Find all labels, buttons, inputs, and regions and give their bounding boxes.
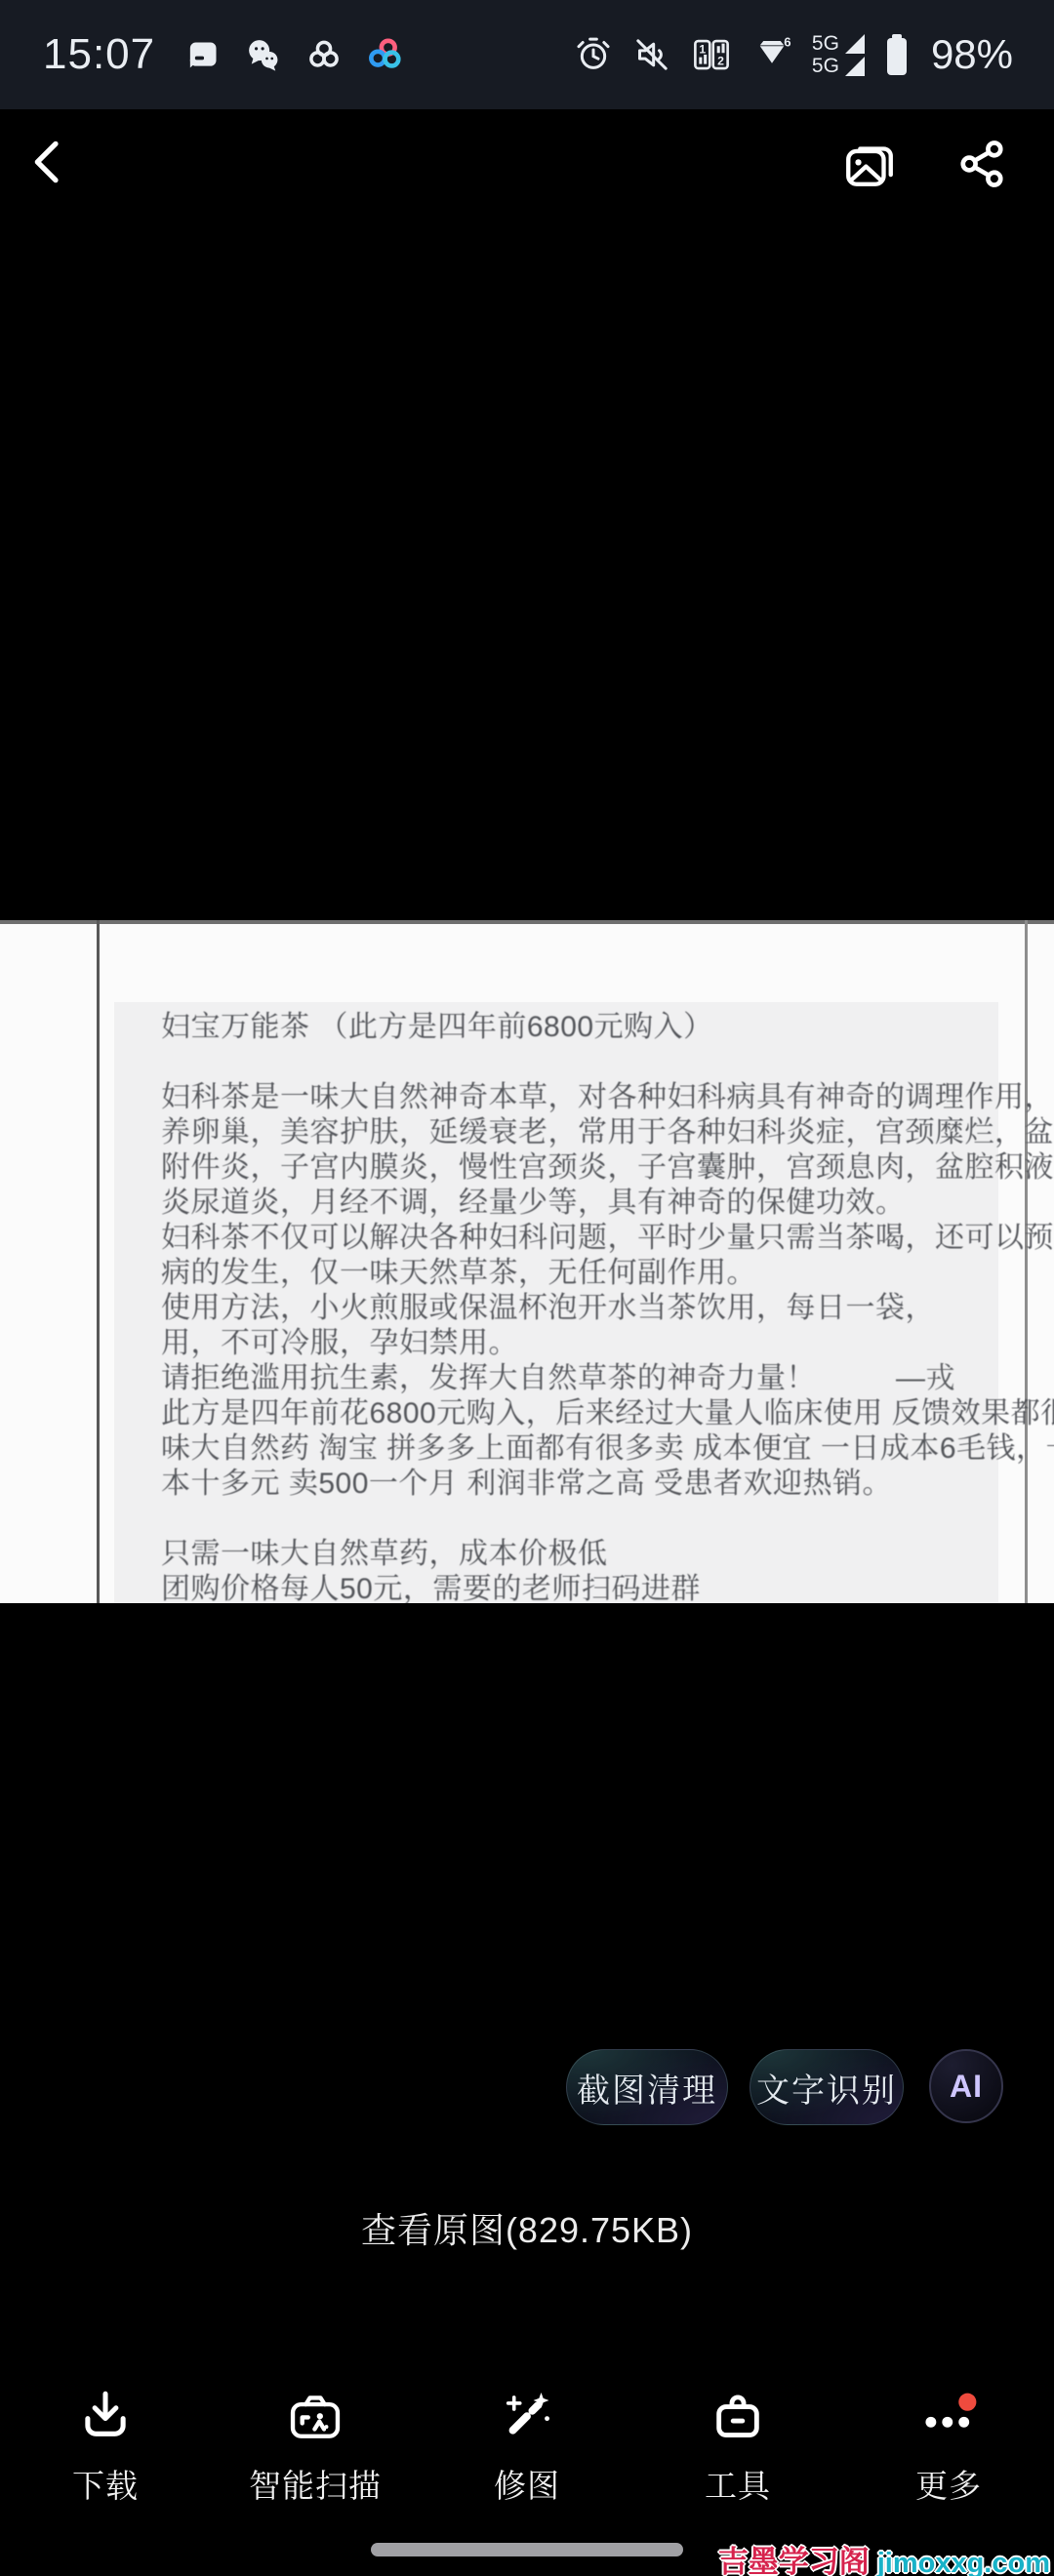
document-left-border (97, 920, 100, 1603)
toolbar-item-more[interactable]: 更多 (841, 2387, 1054, 2507)
toolbar-label: 智能扫描 (249, 2461, 382, 2507)
photo-edit-icon (499, 2387, 555, 2443)
doc-line: 病的发生，仅一味天然草茶，无任何副作用。 (161, 1256, 1006, 1291)
phone-screen: 15:07 (0, 0, 1054, 2576)
battery-icon (884, 32, 910, 77)
doc-line: 请拒绝滥用抗生素，发挥大自然草茶的神奇力量！ —戎 (161, 1361, 1006, 1396)
more-icon (920, 2387, 977, 2443)
doc-line: 养卵巢，美容护肤，延缓衰老，常用于各种妇科炎症，宫颈糜烂，盆腔炎， (161, 1115, 1006, 1150)
toolbar-item-smart-scan[interactable]: 智能扫描 (208, 2387, 423, 2507)
signal-icon: 5G 5G (812, 33, 865, 76)
toolbar-item-tools[interactable]: 工具 (630, 2387, 845, 2507)
alarm-icon (574, 35, 613, 74)
watermark: 吉墨学习阁 jimoxxg.com (718, 2537, 1050, 2576)
doc-line: 此方是四年前花6800元购入，后来经过大量人临床使用 反馈效果都很好 一 (161, 1396, 1006, 1431)
document-text: 妇宝万能茶 （此方是四年前6800元购入） 妇科茶是一味大自然神奇本草，对各种妇… (161, 1010, 1006, 1603)
toolbar-label: 修图 (494, 2461, 560, 2507)
doc-line: 味大自然药 淘宝 拼多多上面都有很多卖 成本便宜 一日成本6毛钱，一个月成 (161, 1431, 1006, 1467)
watermark-site-url: jimoxxg.com (877, 2548, 1050, 2576)
document-top-border (0, 920, 1054, 924)
view-original-link[interactable]: 查看原图(829.75KB) (0, 2203, 1054, 2253)
doc-line: 炎尿道炎，月经不调，经量少等，具有神奇的保健功效。 (161, 1186, 1006, 1221)
mute-icon (632, 35, 671, 74)
doc-line: 使用方法，小火煎服或保温杯泡开水当茶饮用，每日一袋， (161, 1291, 1006, 1326)
share-icon[interactable] (954, 137, 1009, 191)
doc-line: 妇宝万能茶 （此方是四年前6800元购入） (161, 1010, 1006, 1045)
doc-line: 本十多元 卖500一个月 利润非常之高 受患者欢迎热销。 (161, 1467, 1006, 1502)
toolbar-label: 下载 (72, 2461, 139, 2507)
notification-badge (958, 2394, 976, 2411)
clock-time: 15:07 (43, 30, 155, 79)
netdisk-icon (364, 33, 407, 76)
home-indicator[interactable] (371, 2543, 683, 2556)
doc-line: 只需一味大自然草药，成本价极低 (161, 1537, 1006, 1572)
vowifi-icon: 6 (751, 34, 792, 75)
doc-line (161, 1045, 1006, 1080)
doc-line: 妇科茶是一味大自然神奇本草，对各种妇科病具有神奇的调理作用，能够保 (161, 1080, 1006, 1115)
back-icon[interactable] (21, 135, 76, 189)
smart-scan-icon (287, 2387, 344, 2443)
wechat-icon (243, 34, 284, 75)
doc-line (161, 1502, 1006, 1537)
status-bar: 15:07 (0, 0, 1054, 109)
text-recognition-button[interactable]: 文字识别 (750, 2049, 904, 2125)
svg-text:6: 6 (784, 34, 790, 49)
toolbar-item-download[interactable]: 下载 (0, 2387, 213, 2507)
dual-sim-icon: 1 2 (691, 34, 732, 75)
nav-bar (0, 127, 1054, 205)
gallery-icon[interactable] (841, 135, 898, 191)
download-icon (77, 2387, 134, 2443)
handwritten-annotation: —戎 (896, 1361, 955, 1396)
doc-line: 用，不可冷服，孕妇禁用。 (161, 1326, 1006, 1361)
svg-text:2: 2 (717, 55, 724, 68)
doc-line: 团购价格每人50元，需要的老师扫码进群 (161, 1572, 1006, 1603)
toolbar-label: 工具 (705, 2461, 771, 2507)
svg-text:1: 1 (699, 42, 706, 56)
tools-icon (709, 2387, 766, 2443)
toolbar-label: 更多 (915, 2461, 982, 2507)
toolbar-item-photo-edit[interactable]: 修图 (420, 2387, 634, 2507)
document-photo[interactable]: 妇宝万能茶 （此方是四年前6800元购入） 妇科茶是一味大自然神奇本草，对各种妇… (0, 920, 1054, 1603)
watermark-site-name: 吉墨学习阁 (718, 2537, 870, 2576)
document-right-border (1025, 920, 1028, 1603)
screenshot-clean-button[interactable]: 截图清理 (566, 2049, 728, 2125)
message-icon (184, 35, 223, 74)
doc-line: 附件炎，子宫内膜炎，慢性宫颈炎，子宫囊肿，宫颈息肉，盆腔积液，阴道 (161, 1150, 1006, 1186)
ai-button[interactable]: AI (929, 2049, 1003, 2123)
doc-line-text: 请拒绝滥用抗生素，发挥大自然草茶的神奇力量！ (161, 1362, 816, 1394)
rings-icon (304, 34, 345, 75)
doc-line: 妇科茶不仅可以解决各种妇科问题，平时少量只需当茶喝，还可以预防妇科 (161, 1221, 1006, 1256)
battery-percent: 98% (931, 31, 1013, 78)
